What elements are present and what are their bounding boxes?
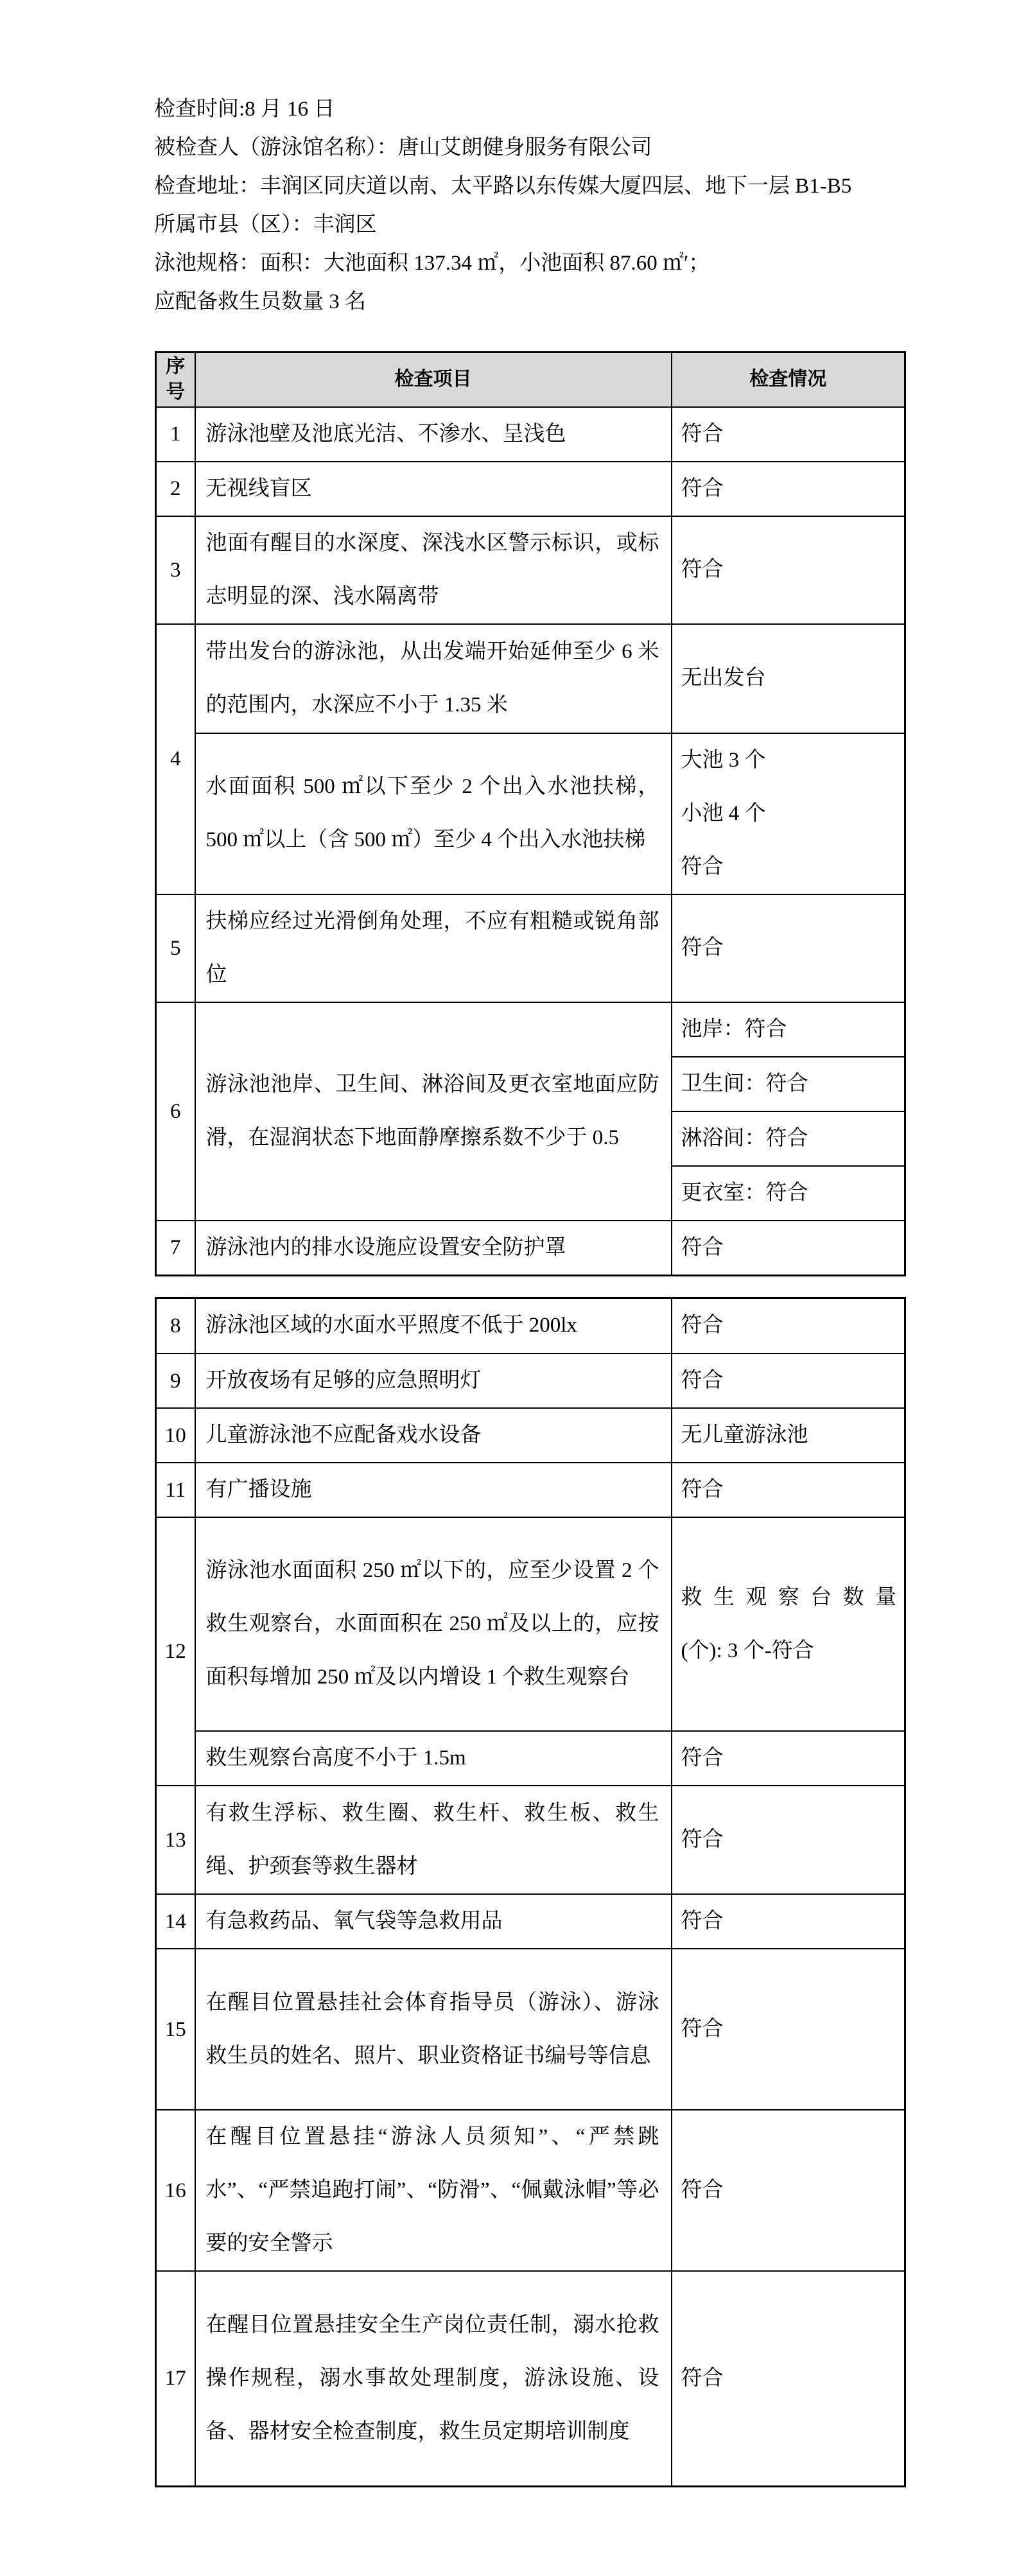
status-cell: 符合	[672, 1894, 905, 1949]
status-cell: 符合	[672, 2110, 905, 2271]
status-cell: 符合	[672, 1298, 905, 1353]
status-cell: 符合	[672, 894, 905, 1002]
item-cell: 在醒目位置悬挂安全生产岗位责任制，溺水抢救操作规程，溺水事故处理制度，游泳设施、…	[195, 2271, 672, 2486]
header-line-lifeguard-count: 应配备救生员数量 3 名	[154, 283, 1019, 321]
status-cell: 符合	[672, 2271, 905, 2486]
status-cell: 符合	[672, 1949, 905, 2110]
table-row-17: 17 在醒目位置悬挂安全生产岗位责任制，溺水抢救操作规程，溺水事故处理制度，游泳…	[156, 2271, 905, 2486]
inspection-table-1: 序号 检查项目 检查情况 1 游泳池壁及池底光洁、不渗水、呈浅色 符合 2 无视…	[155, 351, 906, 1276]
item-cell: 有广播设施	[195, 1463, 672, 1517]
status-line: 救生观察台数量	[681, 1571, 897, 1624]
table-row-4a: 4 带出发台的游泳池，从出发端开始延伸至少 6 米的范围内，水深应不小于 1.3…	[156, 624, 905, 733]
page: { "header": { "lines": [ "检查时间:8 月 16 日"…	[0, 0, 1019, 2576]
item-cell: 游泳池内的排水设施应设置安全防护罩	[195, 1221, 672, 1276]
item-cell: 有救生浮标、救生圈、救生杆、救生板、救生绳、护颈套等救生器材	[195, 1786, 672, 1894]
item-cell: 游泳池水面面积 250 ㎡以下的，应至少设置 2 个救生观察台，水面面积在 25…	[195, 1517, 672, 1731]
item-cell: 有急救药品、氧气袋等急救用品	[195, 1894, 672, 1949]
status-cell-lockerroom: 更衣室：符合	[672, 1166, 905, 1221]
status-cell-shower: 淋浴间：符合	[672, 1111, 905, 1166]
status-cell: 符合	[672, 1731, 905, 1786]
row-number: 11	[156, 1463, 195, 1517]
header-line-check-time: 检查时间:8 月 16 日	[154, 90, 1019, 128]
row-number: 17	[156, 2271, 195, 2486]
item-cell: 游泳池壁及池底光洁、不渗水、呈浅色	[195, 407, 672, 462]
item-cell: 游泳池区域的水面水平照度不低于 200lx	[195, 1298, 672, 1353]
table-row-16: 16 在醒目位置悬挂“游泳人员须知”、“严禁跳水”、“严禁追跑打闹”、“防滑”、…	[156, 2110, 905, 2271]
item-cell: 水面面积 500 ㎡以下至少 2 个出入水池扶梯，500 ㎡以上（含 500 ㎡…	[195, 733, 672, 894]
status-cell: 大池 3 个 小池 4 个 符合	[672, 733, 905, 894]
item-cell: 救生观察台高度不小于 1.5m	[195, 1731, 672, 1786]
table-row-6: 6 游泳池池岸、卫生间、淋浴间及更衣室地面应防滑，在湿润状态下地面静摩擦系数不少…	[156, 1002, 905, 1057]
table-row-2: 2 无视线盲区 符合	[156, 462, 905, 516]
status-cell: 符合	[672, 1463, 905, 1517]
row-number: 6	[156, 1002, 195, 1221]
table-row-15: 15 在醒目位置悬挂社会体育指导员（游泳）、游泳救生员的姓名、照片、职业资格证书…	[156, 1949, 905, 2110]
status-cell: 符合	[672, 407, 905, 462]
item-cell: 游泳池池岸、卫生间、淋浴间及更衣室地面应防滑，在湿润状态下地面静摩擦系数不少于 …	[195, 1002, 672, 1221]
row-number: 3	[156, 516, 195, 624]
status-cell: 无儿童游泳池	[672, 1408, 905, 1463]
table-header-row: 序号 检查项目 检查情况	[156, 352, 905, 407]
item-cell: 带出发台的游泳池，从出发端开始延伸至少 6 米的范围内，水深应不小于 1.35 …	[195, 624, 672, 733]
row-number: 15	[156, 1949, 195, 2110]
row-number: 5	[156, 894, 195, 1002]
status-cell: 救生观察台数量 (个): 3 个-符合	[672, 1517, 905, 1731]
table-row-9: 9 开放夜场有足够的应急照明灯 符合	[156, 1353, 905, 1408]
item-cell: 扶梯应经过光滑倒角处理，不应有粗糙或锐角部位	[195, 894, 672, 1002]
column-header-no: 序号	[156, 352, 195, 407]
row-number: 4	[156, 624, 195, 894]
document: 检查时间:8 月 16 日 被检查人（游泳馆名称）：唐山艾朗健身服务有限公司 检…	[0, 0, 1019, 2487]
header-line-pool-spec: 泳池规格：面积：大池面积 137.34 ㎡，小池面积 87.60 ㎡′；	[154, 244, 1019, 283]
item-cell: 在醒目位置悬挂社会体育指导员（游泳）、游泳救生员的姓名、照片、职业资格证书编号等…	[195, 1949, 672, 2110]
header-line-district: 所属市县（区）：丰润区	[154, 205, 1019, 244]
status-cell: 符合	[672, 1786, 905, 1894]
row-number: 8	[156, 1298, 195, 1353]
row-number: 12	[156, 1517, 195, 1786]
status-cell: 符合	[672, 1353, 905, 1408]
document-header: 检查时间:8 月 16 日 被检查人（游泳馆名称）：唐山艾朗健身服务有限公司 检…	[0, 0, 1019, 321]
row-number: 2	[156, 462, 195, 516]
status-cell: 符合	[672, 1221, 905, 1276]
table-row-8: 8 游泳池区域的水面水平照度不低于 200lx 符合	[156, 1298, 905, 1353]
status-cell-poolside: 池岸：符合	[672, 1002, 905, 1057]
row-number: 10	[156, 1408, 195, 1463]
header-line-inspected-party: 被检查人（游泳馆名称）：唐山艾朗健身服务有限公司	[154, 128, 1019, 167]
table-row-7: 7 游泳池内的排水设施应设置安全防护罩 符合	[156, 1221, 905, 1276]
table-row-11: 11 有广播设施 符合	[156, 1463, 905, 1517]
status-line: (个): 3 个-符合	[681, 1624, 897, 1678]
column-header-item: 检查项目	[195, 352, 672, 407]
item-cell: 池面有醒目的水深度、深浅水区警示标识，或标志明显的深、浅水隔离带	[195, 516, 672, 624]
table-row-13: 13 有救生浮标、救生圈、救生杆、救生板、救生绳、护颈套等救生器材 符合	[156, 1786, 905, 1894]
status-cell: 符合	[672, 516, 905, 624]
table-row-14: 14 有急救药品、氧气袋等急救用品 符合	[156, 1894, 905, 1949]
row-number: 1	[156, 407, 195, 462]
inspection-table-2: 8 游泳池区域的水面水平照度不低于 200lx 符合 9 开放夜场有足够的应急照…	[155, 1297, 906, 2487]
table-row-12b: 救生观察台高度不小于 1.5m 符合	[156, 1731, 905, 1786]
table-row-4b: 水面面积 500 ㎡以下至少 2 个出入水池扶梯，500 ㎡以上（含 500 ㎡…	[156, 733, 905, 894]
row-number: 7	[156, 1221, 195, 1276]
header-line-address: 检查地址：丰润区同庆道以南、太平路以东传媒大厦四层、地下一层 B1-B5	[154, 167, 1019, 205]
status-cell-restroom: 卫生间：符合	[672, 1057, 905, 1111]
item-cell: 开放夜场有足够的应急照明灯	[195, 1353, 672, 1408]
table-row-3: 3 池面有醒目的水深度、深浅水区警示标识，或标志明显的深、浅水隔离带 符合	[156, 516, 905, 624]
status-cell: 符合	[672, 462, 905, 516]
table-row-12a: 12 游泳池水面面积 250 ㎡以下的，应至少设置 2 个救生观察台，水面面积在…	[156, 1517, 905, 1731]
table-row-10: 10 儿童游泳池不应配备戏水设备 无儿童游泳池	[156, 1408, 905, 1463]
status-cell: 无出发台	[672, 624, 905, 733]
table-row-1: 1 游泳池壁及池底光洁、不渗水、呈浅色 符合	[156, 407, 905, 462]
item-cell: 儿童游泳池不应配备戏水设备	[195, 1408, 672, 1463]
item-cell: 在醒目位置悬挂“游泳人员须知”、“严禁跳水”、“严禁追跑打闹”、“防滑”、“佩戴…	[195, 2110, 672, 2271]
item-cell: 无视线盲区	[195, 462, 672, 516]
row-number: 16	[156, 2110, 195, 2271]
row-number: 14	[156, 1894, 195, 1949]
column-header-status: 检查情况	[672, 352, 905, 407]
row-number: 9	[156, 1353, 195, 1408]
table-row-5: 5 扶梯应经过光滑倒角处理，不应有粗糙或锐角部位 符合	[156, 894, 905, 1002]
row-number: 13	[156, 1786, 195, 1894]
